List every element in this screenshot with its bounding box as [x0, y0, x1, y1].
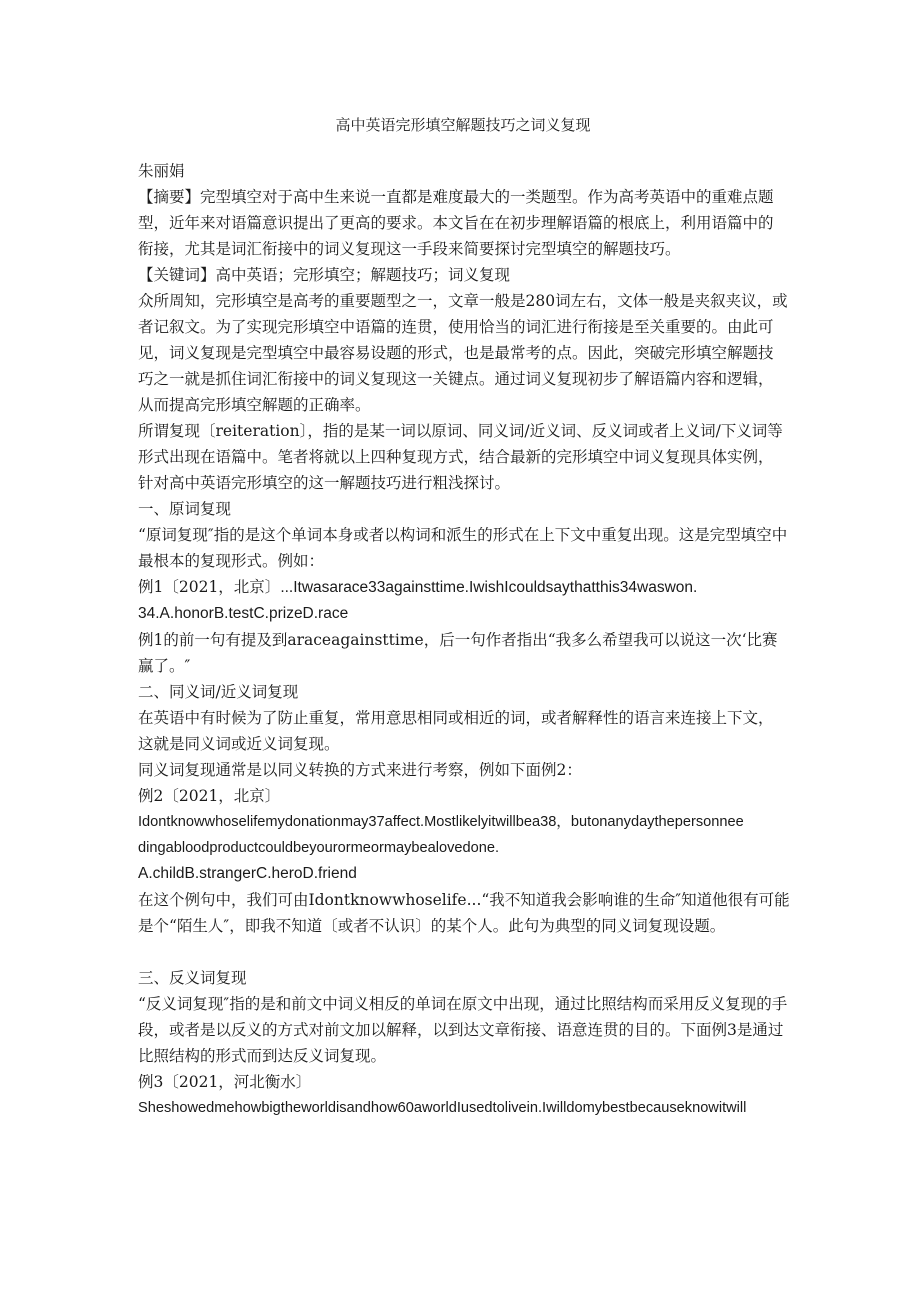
section-3-definition: “反义词复现″指的是和前文中词义相反的单词在原文中出现，通过比照结构而采用反义复… — [138, 991, 788, 1069]
example-3-text: Sheshowedmehowbigtheworldisandhow60aworl… — [138, 1095, 798, 1121]
example-2-explanation: 在这个例句中，我们可由Idontknowwhoselife...“我不知道我会影… — [138, 887, 803, 939]
document-page: 高中英语完形填空解题技巧之词义复现 朱丽娟 【摘要】完型填空对于高中生来说一直都… — [138, 112, 788, 1121]
section-2-intro: 同义词复现通常是以同义转换的方式来进行考察，例如下面例2： — [138, 757, 788, 783]
section-1-heading: 一、原词复现 — [138, 496, 788, 522]
intro-paragraph-1: 众所周知，完形填空是高考的重要题型之一，文章一般是280词左右，文体一般是夹叙夹… — [138, 288, 788, 418]
abstract-paragraph: 【摘要】完型填空对于高中生来说一直都是难度最大的一类题型。作为高考英语中的重难点… — [138, 184, 788, 262]
example-1-options: 34.A.honorB.testC.prizeD.race — [138, 601, 788, 627]
example-1: 例1〔2021，北京〕...Itwasarace33againsttime.Iw… — [138, 574, 798, 601]
example-3-label: 例3〔2021，河北衡水〕 — [138, 1069, 788, 1095]
section-3-heading: 三、反义词复现 — [138, 965, 788, 991]
section-2-heading: 二、同义词/近义词复现 — [138, 679, 788, 705]
keywords-paragraph: 【关键词】高中英语；完形填空；解题技巧；词义复现 — [138, 262, 788, 288]
example-2-text-line-2: dingabloodproductcouldbeyourormeormaybea… — [138, 835, 788, 861]
example-2-text-line-1: Idontknowwhoselifemydonationmay37affect.… — [138, 809, 798, 835]
section-1-definition: “原词复现″指的是这个单词本身或者以构词和派生的形式在上下文中重复出现。这是完型… — [138, 522, 788, 574]
example-2-label: 例2〔2021，北京〕 — [138, 783, 788, 809]
example-1-explanation: 例1的前一句有提及到araceagainsttime，后一句作者指出“我多么希望… — [138, 627, 788, 679]
blank-line — [138, 939, 788, 965]
intro-paragraph-2: 所谓复现〔reiteration〕，指的是某一词以原词、同义词/近义词、反义词或… — [138, 418, 788, 496]
author-name: 朱丽娟 — [138, 158, 788, 184]
example-1-label: 例1〔2021，北京〕 — [138, 578, 280, 596]
example-2-options: A.childB.strangerC.heroD.friend — [138, 861, 788, 887]
document-title: 高中英语完形填空解题技巧之词义复现 — [138, 112, 788, 138]
section-2-definition: 在英语中有时候为了防止重复，常用意思相同或相近的词，或者解释性的语言来连接上下文… — [138, 705, 788, 757]
example-1-text: ...Itwasarace33againsttime.IwishIcouldsa… — [280, 579, 697, 596]
